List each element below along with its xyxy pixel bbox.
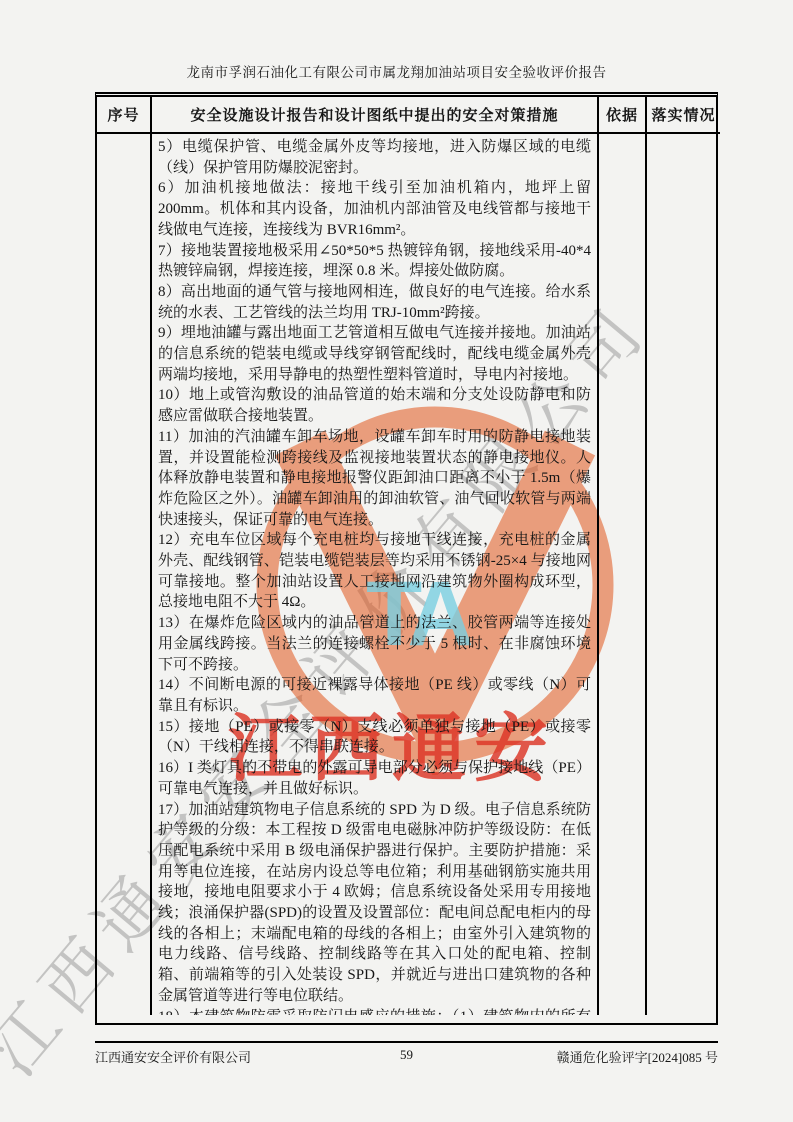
- footer-doc-number: 赣通危化验评字[2024]085 号: [510, 1047, 718, 1066]
- measure-item-11: 11）加油的汽油罐车卸车场地，设罐车卸车时用的防静电接地装置，并设置能检测跨接线…: [158, 427, 591, 531]
- measure-item-17: 17）加油站建筑物电子信息系统的 SPD 为 D 级。电子信息系统防护等级的分级…: [158, 800, 591, 1007]
- basis-cell: [599, 134, 647, 1015]
- measure-item-9: 9）埋地油罐与露出地面工艺管道相互做电气连接并接地。加油站的信息系统的铠装电缆或…: [158, 323, 591, 385]
- measure-item-18: 18）本建筑物防雷采取防闪电感应的措施：（1）建筑物内的所有设备、管道、构架等主…: [158, 1007, 591, 1015]
- measure-item-7: 7）接地装置接地极采用∠50*50*5 热镀锌角钢，接地线采用-40*4 热镀锌…: [158, 241, 591, 282]
- footer-company: 江西通安安全评价有限公司: [95, 1047, 303, 1066]
- measure-item-12: 12）充电车位区域每个充电桩均与接地干线连接，充电桩的金属外壳、配线钢管、铠装电…: [158, 530, 591, 613]
- measure-item-5: 5）电缆保护管、电缆金属外皮等均接地，进入防爆区域的电缆（线）保护管用防爆胶泥密…: [158, 137, 591, 178]
- measure-item-15: 15）接地（PE）或接零（N）支线必须单独与接地（PE）或接零（N）干线相连接，…: [158, 717, 591, 758]
- measure-item-10: 10）地上或管沟敷设的油品管道的始末端和分支处设防静电和防感应雷做联合接地装置。: [158, 385, 591, 426]
- measures-table: 序号 安全设施设计报告和设计图纸中提出的安全对策措施 依据 落实情况 5）电缆保…: [95, 92, 718, 1025]
- table-body-row: 5）电缆保护管、电缆金属外皮等均接地，进入防爆区域的电缆（线）保护管用防爆胶泥密…: [97, 134, 716, 1015]
- header-basis: 依据: [599, 97, 647, 134]
- measures-cell: 5）电缆保护管、电缆金属外皮等均接地，进入防爆区域的电缆（线）保护管用防爆胶泥密…: [152, 134, 599, 1015]
- measure-item-14: 14）不间断电源的可接近裸露导体接地（PE 线）或零线（N）可靠且有标识。: [158, 675, 591, 716]
- header-seq: 序号: [97, 97, 152, 134]
- measure-item-6: 6）加油机接地做法：接地干线引至加油机箱内，地坪上留 200mm。机体和其内设备…: [158, 178, 591, 240]
- seq-cell: [97, 134, 152, 1015]
- status-cell: [647, 134, 720, 1015]
- header-measures: 安全设施设计报告和设计图纸中提出的安全对策措施: [152, 97, 599, 134]
- measure-item-13: 13）在爆炸危险区域内的油品管道上的法兰、胶管两端等连接处用金属线跨接。当法兰的…: [158, 613, 591, 675]
- footer-page-number: 59: [303, 1047, 511, 1066]
- measure-item-8: 8）高出地面的通气管与接地网相连，做良好的电气连接。给水系统的水表、工艺管线的法…: [158, 282, 591, 323]
- report-title: 龙南市孚润石油化工有限公司市属龙翔加油站项目安全验收评价报告: [0, 61, 793, 81]
- document-content: 龙南市孚润石油化工有限公司市属龙翔加油站项目安全验收评价报告 序号 安全设施设计…: [0, 0, 793, 1122]
- header-status: 落实情况: [647, 97, 720, 134]
- measure-item-16: 16）I 类灯具的不带电的外露可导电部分必须与保护接地线（PE）可靠电气连接，并…: [158, 758, 591, 799]
- table-header-row: 序号 安全设施设计报告和设计图纸中提出的安全对策措施 依据 落实情况: [97, 97, 716, 134]
- report-page: 江西通安安全评价有限公司 TA 江西通安 龙南市孚润石油化工有限公司市属龙翔加油…: [0, 0, 793, 1122]
- page-footer: 江西通安安全评价有限公司 59 赣通危化验评字[2024]085 号: [95, 1041, 718, 1066]
